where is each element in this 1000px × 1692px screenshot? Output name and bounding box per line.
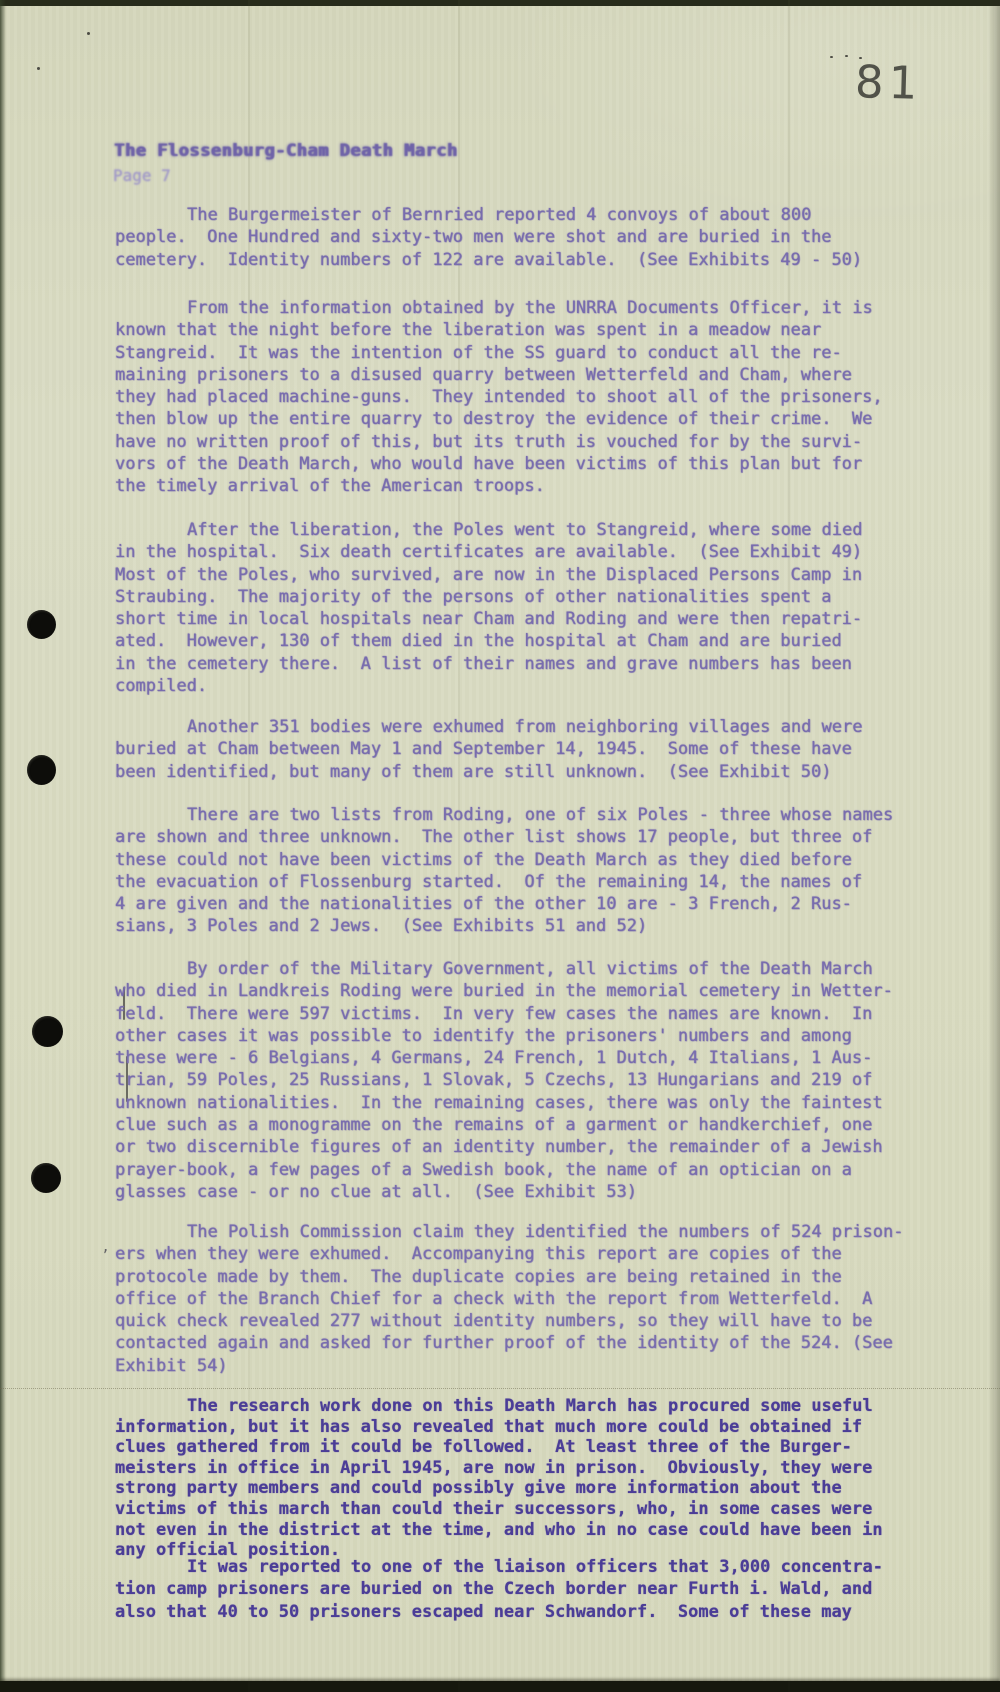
paragraph-burgermeister-bernried: The Burgermeister of Bernried reported 4… bbox=[115, 204, 927, 271]
hole-punch bbox=[27, 755, 56, 785]
fold-line bbox=[0, 1388, 1000, 1389]
paragraph-unrra-quarry-plan: From the information obtained by the UNR… bbox=[115, 297, 927, 498]
margin-pen-mark: ’ bbox=[101, 1248, 109, 1264]
hole-punch bbox=[32, 1016, 63, 1047]
paragraph-after-liberation: After the liberation, the Poles went to … bbox=[115, 519, 927, 697]
hole-punch bbox=[31, 1163, 61, 1193]
paper-speck bbox=[37, 67, 40, 70]
page-number-annotation: 81 bbox=[854, 55, 923, 110]
document-title: The Flossenburg-Cham Death March bbox=[114, 141, 458, 161]
paper-speck bbox=[87, 32, 90, 35]
paragraph-liaison-report: It was reported to one of the liaison of… bbox=[115, 1556, 927, 1623]
scan-edge-bottom bbox=[0, 1681, 1000, 1692]
hole-punch bbox=[27, 610, 56, 639]
paper-speck bbox=[845, 55, 848, 57]
paragraph-roding-lists: There are two lists from Roding, one of … bbox=[115, 804, 927, 938]
paragraph-polish-commission: The Polish Commission claim they identif… bbox=[115, 1221, 927, 1377]
scan-edge-left bbox=[0, 0, 6, 1692]
paper-speck bbox=[830, 56, 833, 58]
scan-edge-top bbox=[0, 0, 1000, 6]
page-label: Page 7 bbox=[113, 166, 171, 185]
paragraph-wetterfeld-cemetery: By order of the Military Government, all… bbox=[115, 958, 927, 1203]
scan-edge-right bbox=[988, 0, 1000, 1692]
scanned-document-page: ’ 81 The Flossenburg-Cham Death March Pa… bbox=[0, 0, 1000, 1692]
paragraph-research-work: The research work done on this Death Mar… bbox=[115, 1396, 927, 1561]
paragraph-exhumed-bodies: Another 351 bodies were exhumed from nei… bbox=[115, 716, 927, 783]
